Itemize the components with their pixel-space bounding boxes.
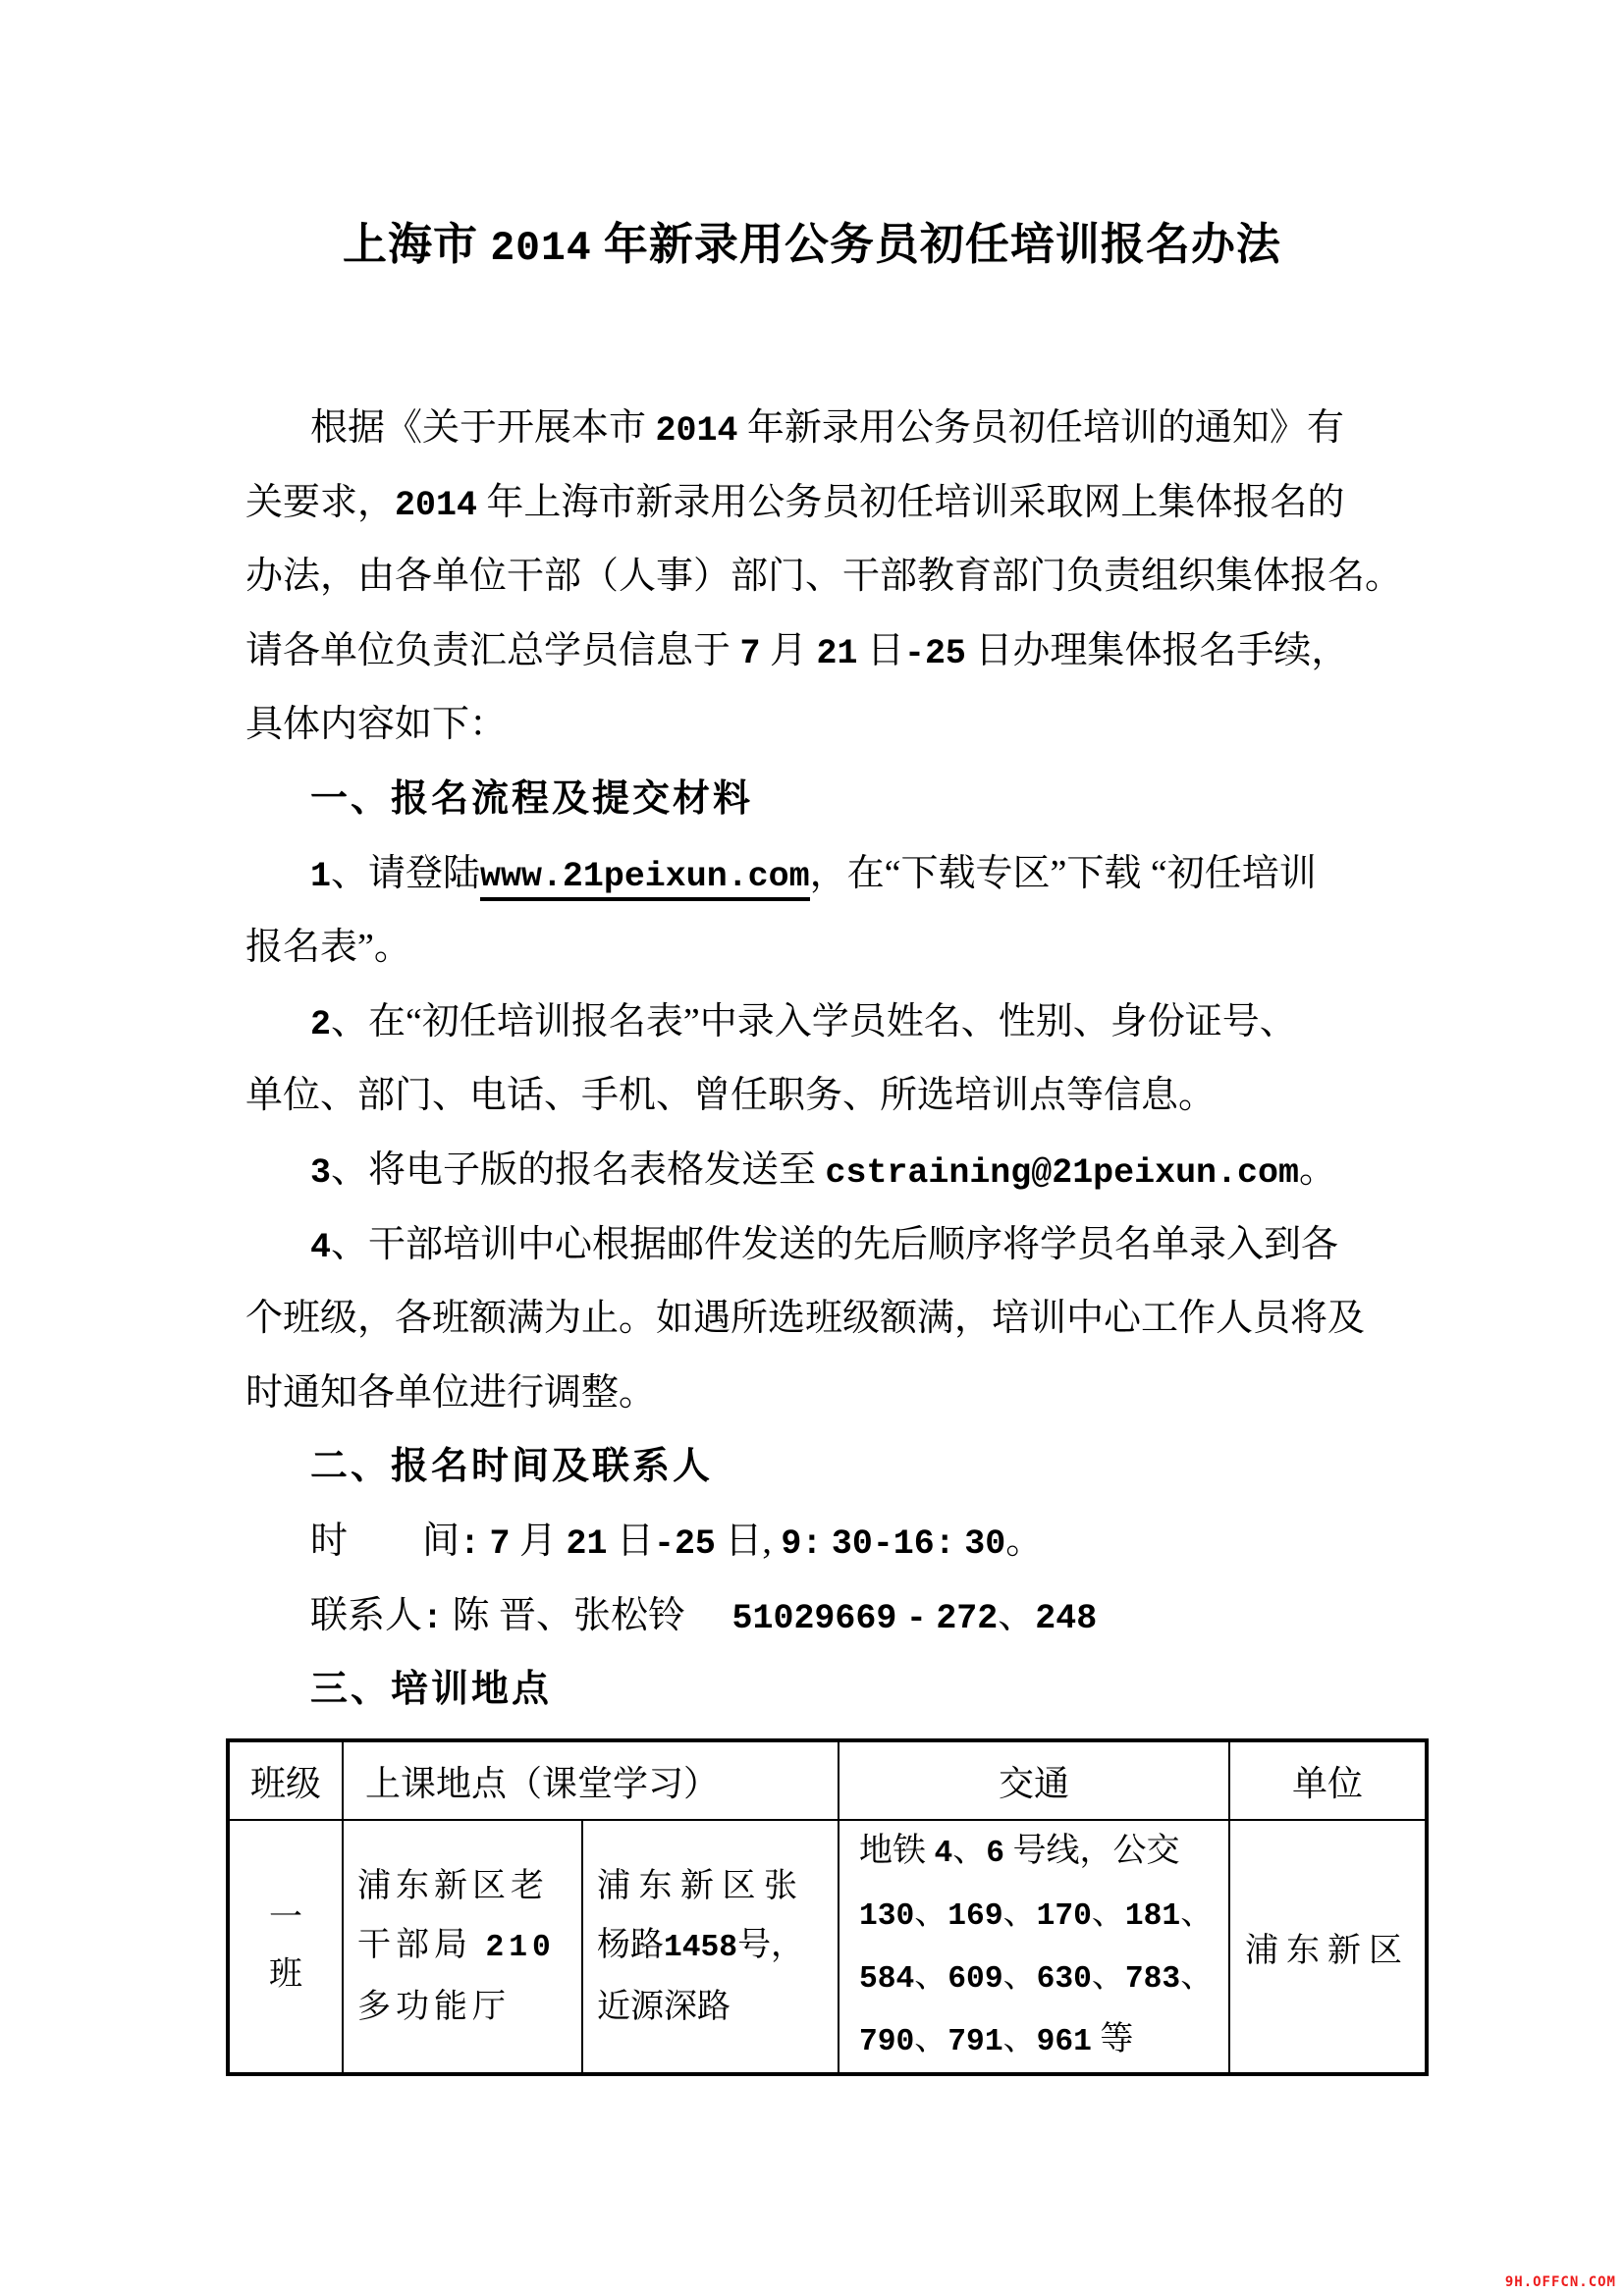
latin-text-run: 4 [310, 1229, 331, 1267]
text-run: 、 [1180, 1896, 1214, 1932]
text-run: 三、培训地点 [310, 1669, 552, 1710]
text-run: 办法，由各单位干部（人事）部门、干部教育部门负责组织集体报名。 [245, 556, 1402, 597]
document-body: 根据《关于开展本市 2014 年新录用公务员初任培训的通知》有关要求，2014 … [245, 392, 1409, 1728]
text-run: 、 [1003, 1896, 1037, 1932]
text-run: 、 [1180, 1958, 1214, 1995]
text-run: 、 [952, 1833, 986, 1869]
body-line: 请各单位负责汇总学员信息于 7 月 21 日-25 日办理集体报名手续， [245, 614, 1409, 689]
header-location: 上课地点（课堂学习） [343, 1740, 839, 1820]
latin-text-run: 7 [490, 1525, 511, 1564]
text-run: 、 [914, 1958, 947, 1995]
latin-text-run: 609 [947, 1962, 1002, 1997]
cell-text-line: 浦 东 新 区 张 [597, 1857, 830, 1916]
text-run: 、 [1092, 1958, 1125, 1995]
section-heading: 二、报名时间及联系人 [245, 1430, 1409, 1505]
text-run: 、 [1003, 2021, 1037, 2057]
latin-text-run: 30-16: [832, 1525, 955, 1564]
text-run [480, 1521, 490, 1562]
text-run: 号线，公交 [1004, 1833, 1180, 1869]
text-run [955, 1521, 965, 1562]
text-run: 时通知各单位进行调整。 [245, 1372, 656, 1414]
latin-text-run: 2014 [656, 412, 738, 451]
body-line: 2、在“初任培训报名表”中录入学员姓名、性别、身份证号、 [245, 986, 1409, 1060]
latin-text-run: 6 [986, 1837, 1004, 1871]
body-line: 个班级，各班额满为止。如遇所选班级额满，培训中心工作人员将及 [245, 1282, 1409, 1357]
text-run: 月 [510, 1521, 566, 1562]
text-run: 年新录用公务员初任培训报名办法 [592, 220, 1281, 269]
text-run: 近源深路 [597, 1989, 731, 2025]
latin-text-run: -25 [654, 1525, 716, 1564]
text-run: 、 [998, 1595, 1035, 1636]
class-label-char: 班 [231, 1947, 341, 2003]
latin-text-run: 630 [1037, 1962, 1092, 1997]
section-heading: 三、培训地点 [245, 1653, 1409, 1728]
cell-class-label: 一班 [228, 1820, 343, 2074]
text-run: 日办理集体报名手续， [966, 630, 1349, 671]
text-run: 月 [761, 630, 817, 671]
latin-text-run: 7 [740, 635, 761, 673]
text-run: 、 [914, 1896, 947, 1932]
text-run: 等 [1092, 2021, 1134, 2057]
latin-text-run: 210 [486, 1931, 556, 1965]
text-run: 联系人 [310, 1595, 422, 1636]
text-run: 根据《关于开展本市 [310, 407, 656, 449]
text-run: 号， [737, 1927, 804, 1963]
body-line: 4、干部培训中心根据邮件发送的先后顺序将学员名单录入到各 [245, 1208, 1409, 1283]
cell-text-line: 790、791、961 等 [859, 2009, 1220, 2072]
training-locations-table: 班级 上课地点（课堂学习） 交通 单位 一班 浦东新区老干部局 210多功能厅 … [226, 1738, 1429, 2076]
latin-text-run: 2 [310, 1006, 331, 1044]
latin-text-run: 3 [310, 1154, 331, 1193]
body-line: 时 间: 7 月 21 日-25 日, 9: 30-16: 30。 [245, 1505, 1409, 1579]
text-run: 、 [914, 2021, 947, 2057]
website-url: www.21peixun.com [480, 858, 810, 901]
cell-text-line: 地铁 4、6 号线，公交 [859, 1821, 1220, 1884]
text-run: 干部局 [357, 1927, 486, 1963]
cell-text-line: 浦东新区老 [357, 1857, 573, 1916]
latin-text-run: 21 [567, 1525, 608, 1564]
latin-text-run: 961 [1037, 2025, 1092, 2059]
text-run: 、干部培训中心根据邮件发送的先后顺序将学员名单录入到各 [331, 1224, 1338, 1265]
cell-text-line: 130、169、170、181、 [859, 1884, 1220, 1947]
cell-location-address: 浦 东 新 区 张杨路1458号，近源深路 [582, 1820, 839, 2074]
text-run: 单位、部门、电话、手机、曾任职务、所选培训点等信息。 [245, 1075, 1216, 1116]
latin-text-run: : [460, 1525, 480, 1564]
latin-text-run: 584 [859, 1962, 914, 1997]
text-run: 日 [857, 630, 904, 671]
latin-text-run: 21 [817, 635, 858, 673]
latin-text-run: 130 [859, 1899, 914, 1934]
watermark: 9H.OFFCN.COM [1505, 2274, 1616, 2290]
latin-text-run: 9: [781, 1525, 822, 1564]
cell-text-line: 近源深路 [597, 1978, 830, 2037]
text-run: 浦东新区老 [357, 1868, 549, 1904]
document-page: 上海市 2014 年新录用公务员初任培训报名办法 根据《关于开展本市 2014 … [0, 0, 1624, 2296]
latin-text-run: 783 [1125, 1962, 1180, 1997]
text-run: 一、报名流程及提交材料 [310, 778, 753, 820]
latin-text-run: 2014 [395, 487, 477, 525]
header-unit: 单位 [1229, 1740, 1427, 1820]
text-run: 、请登陆 [331, 853, 480, 894]
text-run: 、 [1092, 1896, 1125, 1932]
body-line: 关要求，2014 年上海市新录用公务员初任培训采取网上集体报名的 [245, 466, 1409, 541]
body-line: 办法，由各单位干部（人事）部门、干部教育部门负责组织集体报名。 [245, 540, 1409, 614]
text-run: 关要求， [245, 482, 395, 523]
class-label-char: 一 [231, 1890, 341, 1947]
table-header-row: 班级 上课地点（课堂学习） 交通 单位 [228, 1740, 1427, 1820]
text-run: 杨路 [597, 1927, 664, 1963]
text-run: 、 [1003, 1958, 1037, 1995]
text-run: 时 间 [310, 1521, 460, 1562]
section-heading: 一、报名流程及提交材料 [245, 763, 1409, 837]
document-title: 上海市 2014 年新录用公务员初任培训报名办法 [0, 208, 1624, 272]
text-run: 。 [1299, 1149, 1336, 1191]
text-run: 。 [1005, 1521, 1043, 1562]
latin-text-run: 1458 [664, 1931, 737, 1965]
text-run: 上海市 [343, 220, 490, 269]
cell-text-line: 干部局 210 [357, 1916, 573, 1978]
body-line: 时通知各单位进行调整。 [245, 1357, 1409, 1431]
cell-text-line: 584、609、630、783、 [859, 1947, 1220, 2009]
text-run: 、在“初任培训报名表”中录入学员姓名、性别、身份证号、 [331, 1001, 1297, 1042]
cell-text-line: 杨路1458号， [597, 1916, 830, 1978]
body-line: 1、请登陆www.21peixun.com，在“下载专区”下载 “初任培训 [245, 837, 1409, 912]
latin-text-run: 181 [1125, 1899, 1180, 1934]
header-transport: 交通 [839, 1740, 1229, 1820]
cell-location-room: 浦东新区老干部局 210多功能厅 [343, 1820, 582, 2074]
latin-text-run: - [906, 1600, 927, 1638]
body-line: 联系人: 陈 晋、张松铃 51029669 - 272、248 [245, 1579, 1409, 1654]
latin-text-run: 248 [1035, 1600, 1097, 1638]
latin-text-run: 170 [1037, 1899, 1092, 1934]
latin-text-run: -25 [904, 635, 966, 673]
text-run: 个班级，各班额满为止。如遇所选班级额满，培训中心工作人员将及 [245, 1298, 1365, 1339]
latin-text-run: 272 [936, 1600, 998, 1638]
latin-text-run: 4 [935, 1837, 953, 1871]
body-line: 具体内容如下： [245, 688, 1409, 763]
text-run: 二、报名时间及联系人 [310, 1446, 713, 1487]
latin-text-run: 791 [947, 2025, 1002, 2059]
text-run: 年新录用公务员初任培训的通知》有 [737, 407, 1344, 449]
text-run [896, 1595, 906, 1636]
text-run: 浦 东 新 区 张 [597, 1868, 797, 1904]
text-run [822, 1521, 832, 1562]
text-run: 请各单位负责汇总学员信息于 [245, 630, 740, 671]
text-run: 日, [716, 1521, 782, 1562]
body-line: 根据《关于开展本市 2014 年新录用公务员初任培训的通知》有 [245, 392, 1409, 466]
text-run: 具体内容如下： [245, 704, 507, 745]
latin-text-run: 30 [964, 1525, 1005, 1564]
text-run: 年上海市新录用公务员初任培训采取网上集体报名的 [477, 482, 1345, 523]
text-run: 报名表”。 [245, 927, 411, 968]
latin-text-run: 790 [859, 2025, 914, 2059]
text-run: 、将电子版的报名表格发送至 [331, 1149, 826, 1191]
body-line: 3、将电子版的报名表格发送至 cstraining@21peixun.com。 [245, 1134, 1409, 1208]
table-data-row: 一班 浦东新区老干部局 210多功能厅 浦 东 新 区 张杨路1458号，近源深… [228, 1820, 1427, 2074]
cell-transport: 地铁 4、6 号线，公交130、169、170、181、584、609、630、… [839, 1820, 1229, 2074]
cell-unit: 浦东新区 [1229, 1820, 1427, 2074]
header-class: 班级 [228, 1740, 343, 1820]
latin-text-run: cstraining@21peixun.com [826, 1154, 1299, 1193]
body-line: 单位、部门、电话、手机、曾任职务、所选培训点等信息。 [245, 1059, 1409, 1134]
text-run [927, 1595, 937, 1636]
latin-text-run: 51029669 [732, 1600, 897, 1638]
text-run: 日 [607, 1521, 654, 1562]
cell-text-line: 多功能厅 [357, 1978, 573, 2037]
latin-text-run: 169 [947, 1899, 1002, 1934]
body-line: 报名表”。 [245, 911, 1409, 986]
text-run: 陈 晋、张松铃 [443, 1595, 732, 1636]
latin-text-run: : [422, 1600, 443, 1638]
text-run: ，在“下载专区”下载 “初任培训 [810, 853, 1317, 894]
latin-text-run: 1 [310, 858, 331, 896]
text-run: 多功能厅 [357, 1989, 511, 2025]
latin-text-run: 2014 [490, 227, 591, 272]
text-run: 地铁 [859, 1833, 935, 1869]
